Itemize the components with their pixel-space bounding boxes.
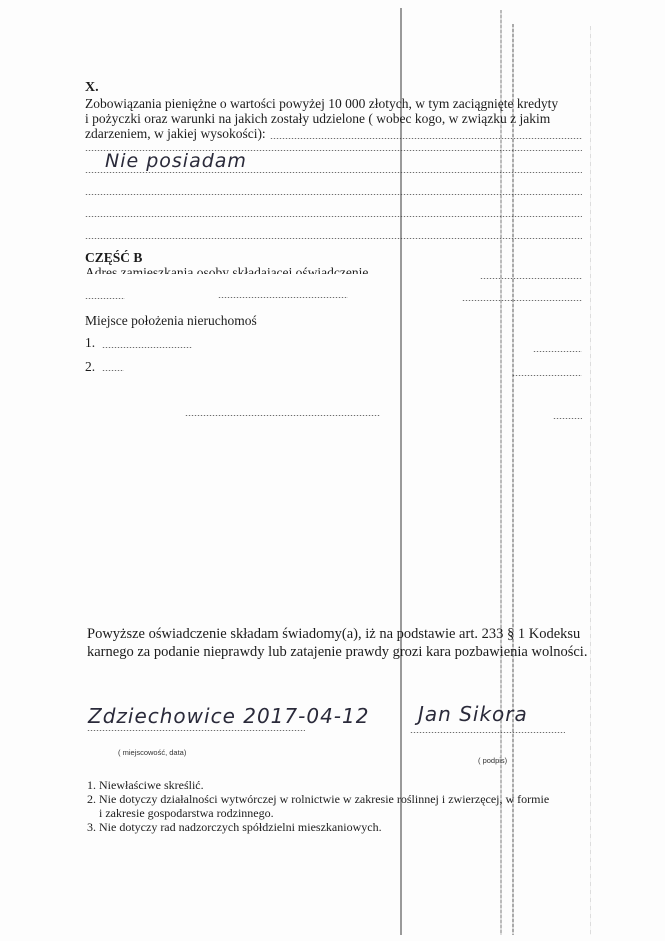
section-b-heading: CZĘŚĆ B xyxy=(85,250,142,266)
item-2-dotted-line-right xyxy=(512,375,582,376)
section-x-question-line-2: i pożyczki oraz warunki na jakich został… xyxy=(85,111,550,127)
answer-dotted-line xyxy=(85,194,582,195)
location-label-partially-redacted: Miejsce położenia nieruchomości xyxy=(85,313,257,329)
section-x-heading: X. xyxy=(85,80,99,96)
footnote-2-continued: i zakresie gospodarstwa rodzinnego. xyxy=(99,806,274,820)
footnote-3: 3. Nie dotyczy rad nadzorczych spółdziel… xyxy=(87,820,382,834)
address-label-partially-redacted: Adres zamieszkania osoby składającej ośw… xyxy=(85,265,368,274)
declaration-line-2: karnego za podanie nieprawdy lub zatajen… xyxy=(87,643,587,661)
handwritten-place-date: Zdziechowice 2017-04-12 xyxy=(88,704,369,728)
place-date-caption: ( miejscowość, data) xyxy=(118,748,186,757)
handwritten-answer: Nie posiadam xyxy=(105,150,247,172)
scan-crease-line xyxy=(590,26,591,935)
section-x-question-line-1: Zobowiązania pieniężne o wartości powyże… xyxy=(85,96,558,112)
answer-dotted-line xyxy=(85,238,582,239)
item-1-dotted-line xyxy=(102,347,192,348)
place-date-dotted-line xyxy=(87,730,305,731)
item-number-2: 2. xyxy=(85,359,95,375)
address-dotted-line xyxy=(480,278,582,279)
answer-dotted-line xyxy=(270,138,582,139)
redacted-dotted-line-right xyxy=(553,418,582,419)
footnote-2: 2. Nie dotyczy działalności wytwórczej w… xyxy=(87,792,549,806)
signature-dotted-line xyxy=(410,732,565,733)
item-1-dotted-line-right xyxy=(533,351,582,352)
address-dotted-line xyxy=(218,297,348,298)
signature-caption: ( podpis) xyxy=(478,756,507,765)
scanned-document-page: X. Zobowiązania pieniężne o wartości pow… xyxy=(0,0,665,941)
answer-dotted-line xyxy=(85,172,582,173)
declaration-line-1: Powyższe oświadczenie składam świadomy(a… xyxy=(87,625,580,643)
address-dotted-line xyxy=(462,300,582,301)
item-2-dotted-line xyxy=(102,370,124,371)
answer-dotted-line xyxy=(85,216,582,217)
address-dotted-line xyxy=(85,298,125,299)
item-number-1: 1. xyxy=(85,335,95,351)
handwritten-signature: Jan Sikora xyxy=(418,702,528,726)
redacted-dotted-line xyxy=(185,415,380,416)
footnote-1: 1. Niewłaściwe skreślić. xyxy=(87,778,204,792)
section-x-question-line-3: zdarzeniem, w jakiej wysokości): xyxy=(85,126,266,142)
